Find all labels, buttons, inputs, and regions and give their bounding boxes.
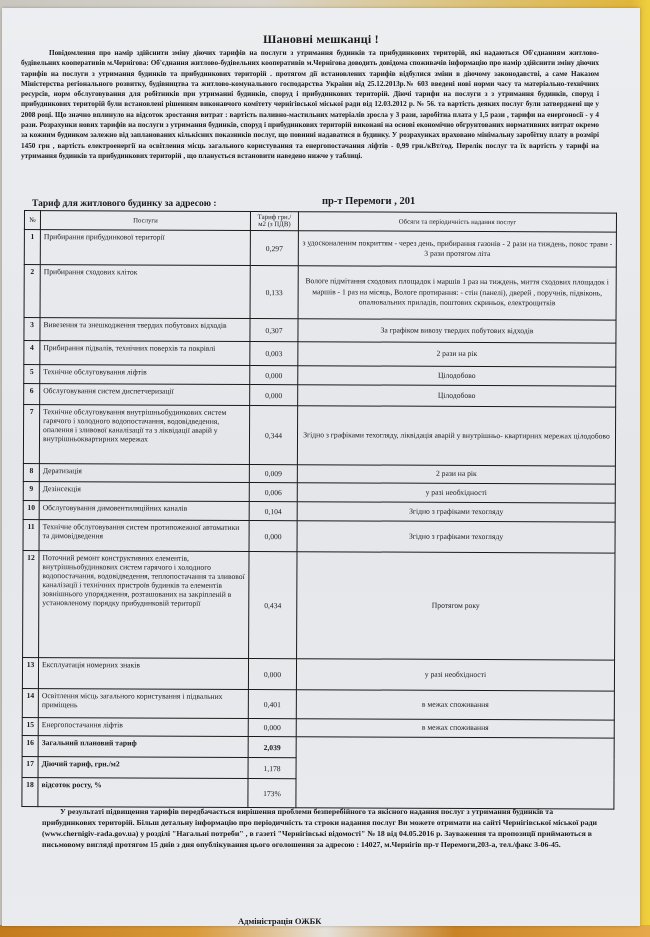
cell-num: 2 [24,265,40,318]
table-row: 12Поточний ремонт конструктивних елемент… [23,550,615,660]
cell-num: 7 [23,405,39,464]
cell-num: 12 [23,550,39,657]
table-row: 3Вивезення та знешкодження твердих побут… [24,318,616,344]
cell-service: Діючий тариф, грн./м2 [38,757,248,779]
table-row: 6Обслуговування систем диспетчеризації0,… [24,384,616,408]
cell-service: Обслуговування димовентиляційних каналів [39,501,249,521]
cell-num: 6 [24,384,40,405]
intro-text: Повідомлення про намір здійснити зміну д… [21,48,599,161]
cell-service: Поточний ремонт конструктивних елементів… [39,551,249,659]
cell-tariff: 0,000 [249,520,297,551]
table-row: 7Технічне обслуговування внутрішньобудин… [23,405,615,467]
cell-description: у разі необхідності [297,483,615,503]
cell-service: Прибирання підвалів, технічних поверхів … [40,341,250,366]
cell-service: Дезінсекція [39,482,249,502]
header-description: Обсяги та періодичність надання послуг [298,212,616,232]
table-row: 5Технічне обслуговування ліфтів0,000Ціло… [24,365,616,387]
cell-service: Технічне обслуговування систем протипоже… [39,520,249,552]
tariff-table-body: 1Прибирання прибудинкової території0,297… [22,230,617,810]
cell-tariff: 0,003 [250,341,298,365]
cell-tariff: 0,000 [250,365,298,384]
notice-title: Шановні мешканці ! [2,32,640,47]
cell-tariff: 1,178 [248,757,296,778]
table-row: 11Технічне обслуговування систем протипо… [23,519,615,553]
cell-description: За графіком вивозу твердих побутових від… [298,319,616,343]
cell-description: Згідно з графіками техогляду [297,521,615,553]
cell-service: Енергопостачання ліфтів [38,718,248,737]
header-num: № [24,211,40,230]
address-row: Тариф для житлового будинку за адресою :… [32,196,602,210]
table-row: 16Загальний плановий тариф2,039 [22,735,614,759]
cell-service: Прибирання прибудинкової території [40,230,250,266]
cell-tariff: 0,009 [249,464,297,482]
cell-num: 4 [24,341,40,365]
cell-tariff: 0,000 [248,658,296,689]
cell-description: Вологе підмітання сходових площадок і ма… [298,266,616,320]
cell-service: Прибирання сходових кліток [40,265,250,319]
cell-service: відсоток росту, % [38,778,248,808]
cell-tariff: 0,133 [250,265,298,318]
cell-num: 5 [24,365,40,384]
cell-service: Технічне обслуговування внутрішньобудинк… [39,405,249,465]
cell-service: Вивезення та знешкодження твердих побуто… [40,318,250,342]
cell-service: Загальний плановий тариф [38,736,248,758]
cell-description: з удосконаленим покриттям - через день, … [298,231,616,267]
header-service: Послуги [40,211,250,231]
cell-tariff: 173% [248,778,296,807]
cell-tariff: 2,039 [248,736,296,757]
notice-sheet: Шановні мешканці ! Повідомлення про намі… [2,8,640,926]
cell-num: 13 [22,657,38,688]
background-surface [0,925,650,937]
cell-num: 15 [22,717,38,735]
address-value: пр-т Перемоги , 201 [322,196,415,207]
cell-service: Освітлення місць загального користування… [38,689,248,719]
outro-text: У результаті підвищення тарифів передбач… [42,806,608,850]
cell-tariff: 0,006 [249,482,297,501]
signature: Адміністрація ОЖБК [238,916,321,926]
table-row: 4Прибирання підвалів, технічних поверхів… [24,341,616,368]
cell-num: 11 [23,519,39,550]
cell-tariff: 0,344 [249,405,297,464]
table-header-row: № Послуги Тариф грн./м2 (з ПДВ) Обсяги т… [24,211,616,233]
cell-num: 14 [22,688,38,717]
cell-service: Обслуговування систем диспетчеризації [40,384,250,406]
cell-description: Цілодобово [298,385,616,407]
cell-num: 18 [22,777,38,806]
cell-num: 16 [22,735,38,756]
cell-description: Цілодобово [298,366,616,386]
table-row: 9Дезінсекція0,006у разі необхідності [23,481,615,503]
cell-description: в межах споживання [296,690,614,720]
cell-num: 8 [23,463,39,481]
cell-tariff: 0,297 [250,230,298,265]
cell-tariff: 0,104 [249,501,297,520]
cell-tariff: 0,000 [250,384,298,405]
header-tariff: Тариф грн./м2 (з ПДВ) [250,211,298,230]
table-row: 10Обслуговування димовентиляційних канал… [23,500,615,522]
cell-num: 9 [23,481,39,500]
table-row: 13Експлуатація номерних знаків0,000у раз… [22,657,614,691]
cell-tariff: 0,000 [248,718,296,736]
cell-description [296,737,614,809]
cell-description: 2 рази на рік [298,342,616,367]
cell-service: Експлуатація номерних знаків [38,658,248,690]
address-label: Тариф для житлового будинку за адресою : [32,199,217,209]
intro-paragraph: Повідомлення про намір здійснити зміну д… [21,48,599,161]
cell-num: 3 [24,318,40,341]
cell-description: 2 рази на рік [297,465,615,484]
cell-description: в межах споживання [296,719,614,738]
table-row: 1Прибирання прибудинкової території0,297… [24,230,616,268]
cell-service: Дератизація [39,464,249,483]
cell-description: Протягом року [297,552,615,660]
cell-tariff: 0,401 [248,689,296,718]
table-row: 14Освітлення місць загального користуван… [22,688,614,720]
cell-tariff: 0,434 [249,551,297,658]
cell-description: Згідно з графіками техогляду, ліквідація… [297,406,615,466]
cell-num: 17 [22,756,38,777]
cell-tariff: 0,307 [250,318,298,341]
cell-description: у разі необхідності [296,659,614,691]
tariff-table: № Послуги Тариф грн./м2 (з ПДВ) Обсяги т… [21,210,617,810]
table-row: 2Прибирання сходових кліток0,133Вологе п… [24,265,616,321]
cell-num: 10 [23,500,39,519]
cell-num: 1 [24,230,40,265]
cell-description: Згідно з графіками техогляду [297,502,615,522]
cell-service: Технічне обслуговування ліфтів [40,365,250,385]
outro-paragraph: У результаті підвищення тарифів передбач… [42,806,608,850]
